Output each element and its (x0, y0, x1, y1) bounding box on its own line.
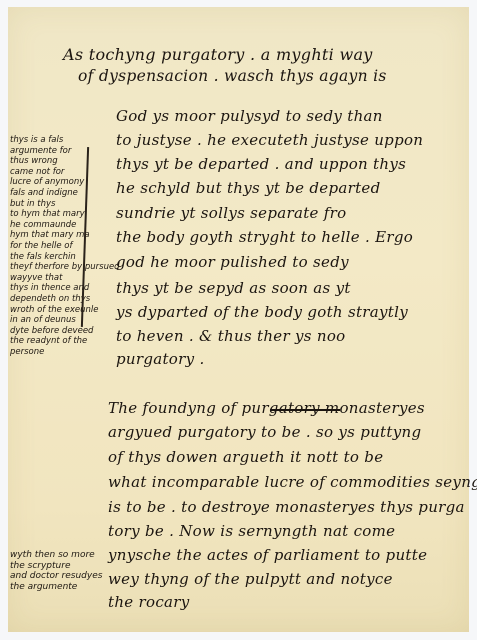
text-line: god he moor pulished to sedy (116, 253, 349, 271)
text-line: thys yt be departed . and uppon thys (116, 155, 406, 173)
margin-line: and doctor resudyes (10, 571, 102, 582)
margin-note: wyth then so more the scrypture and doct… (10, 550, 102, 592)
margin-line: dyte before deveed (10, 326, 120, 337)
text-line: to heven . & thus ther ys noo (116, 327, 345, 345)
text-line: of dyspensacion . wasch thys agayn is (78, 67, 387, 85)
margin-line: thus wrong (10, 156, 120, 167)
margin-line: the argumente (10, 582, 102, 593)
margin-line: persone (10, 347, 120, 358)
margin-note: thys is a fals argumente for thus wrong … (10, 135, 120, 357)
margin-line: came not for (10, 167, 120, 178)
margin-line: but in thys (10, 199, 120, 210)
margin-line: fals and indigne (10, 188, 120, 199)
text-line: sundrie yt sollys separate fro (116, 204, 346, 222)
margin-line: wroth of the exeunle (10, 305, 120, 316)
text-line: to justyse . he executeth justyse uppon (116, 131, 423, 149)
text-line-content: The foundyng of purgatory monasteryes (108, 399, 425, 417)
margin-line: thys is a fals (10, 135, 120, 146)
margin-line: theyf therfore by pursued (10, 262, 120, 273)
margin-line: thys in thence and (10, 283, 120, 294)
text-line: is to be . to destroye monasteryes thys … (108, 498, 465, 516)
margin-line: wyth then so more (10, 550, 102, 561)
text-line: of thys dowen argueth it nott to be (108, 448, 383, 466)
margin-line: hym that mary ma (10, 230, 120, 241)
text-line: As tochyng purgatory . a myghti way (63, 45, 373, 64)
margin-line: the fals kerchin (10, 252, 120, 263)
margin-line: wayyve that (10, 273, 120, 284)
margin-line: he commaunde (10, 220, 120, 231)
manuscript-page: As tochyng purgatory . a myghti way of d… (8, 7, 469, 632)
text-line: tory be . Now is sernyngth nat come (108, 522, 395, 540)
margin-line: dependeth on thys (10, 294, 120, 305)
text-line: The foundyng of purgatory monasteryes (108, 399, 425, 417)
text-line: God ys moor pulysyd to sedy than (116, 107, 383, 125)
strikethrough-mark (270, 409, 340, 411)
margin-line: argumente for (10, 146, 120, 157)
text-line: the rocary (108, 593, 190, 611)
margin-line: for the helle of (10, 241, 120, 252)
margin-line: the readynt of the (10, 336, 120, 347)
text-line: wey thyng of the pulpytt and notyce (108, 570, 393, 588)
text-line: he schyld but thys yt be departed (116, 179, 381, 197)
text-line: what incomparable lucre of commodities s… (108, 473, 477, 491)
text-line: argyued purgatory to be . so ys puttyng (108, 423, 421, 441)
text-line: ynysche the actes of parliament to putte (108, 546, 427, 564)
margin-line: in an of deunus (10, 315, 120, 326)
margin-line: the scrypture (10, 561, 102, 572)
text-line: purgatory . (116, 350, 205, 368)
text-line: ys dyparted of the body goth straytly (116, 303, 408, 321)
text-line: the body goyth stryght to helle . Ergo (116, 228, 413, 246)
margin-line: to hym that mary (10, 209, 120, 220)
text-line: thys yt be sepyd as soon as yt (116, 279, 351, 297)
margin-line: lucre of anymony (10, 177, 120, 188)
